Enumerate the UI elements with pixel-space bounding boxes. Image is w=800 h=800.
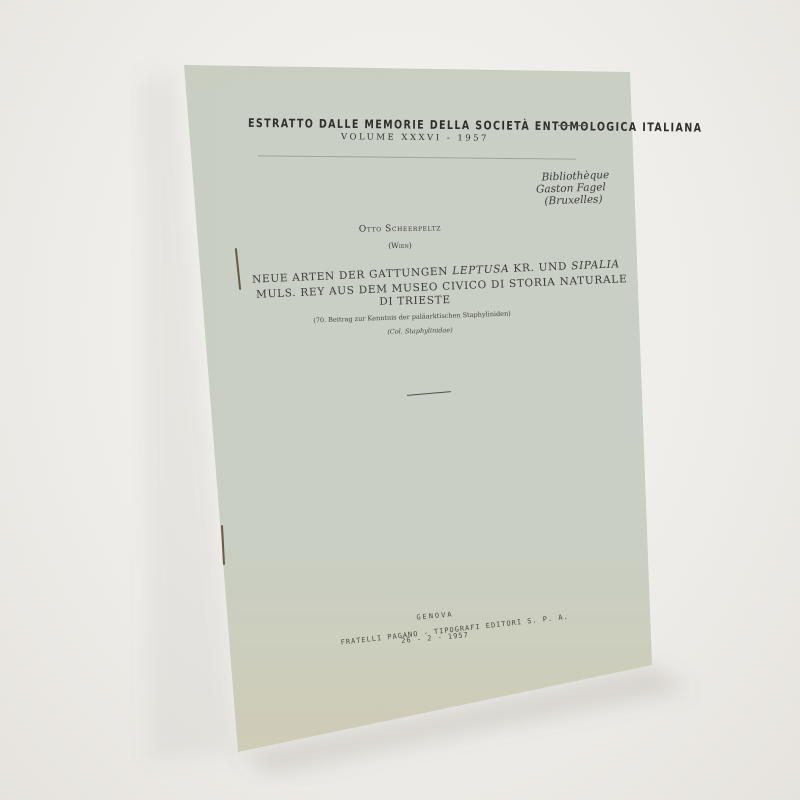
- header-underline: [258, 155, 576, 159]
- imprint-city: GENOVA: [400, 609, 470, 623]
- subtitle-family: (Col. Staphylinidae): [360, 325, 480, 336]
- subtitle: (70. Beitrag zur Kenntnis der paläarktis…: [292, 309, 532, 325]
- cover-text: ESTRATTO DALLE MEMORIE DELLA SOCIETÀ ENT…: [0, 0, 800, 800]
- separator-rule: [407, 391, 451, 396]
- title-text: KR. UND: [509, 260, 571, 275]
- genus-leptusa: LEPTUSA: [452, 263, 510, 277]
- author-city: (Wien): [370, 241, 430, 251]
- volume-line: VOLUME XXXVI - 1957: [280, 132, 550, 145]
- staple-top: [235, 248, 241, 290]
- pamphlet: ESTRATTO DALLE MEMORIE DELLA SOCIETÀ ENT…: [0, 0, 800, 800]
- stamp-line-3: (Bruxelles): [534, 192, 634, 207]
- genus-sipalia: SIPALIA: [571, 258, 620, 272]
- author-name: Otto Scheerpeltz: [340, 223, 460, 235]
- library-stamp: Bibliothèque Gaston Fagel (Bruxelles): [533, 168, 634, 207]
- title-line-3: DI TRIESTE: [355, 293, 475, 308]
- staple-bottom: [221, 525, 225, 565]
